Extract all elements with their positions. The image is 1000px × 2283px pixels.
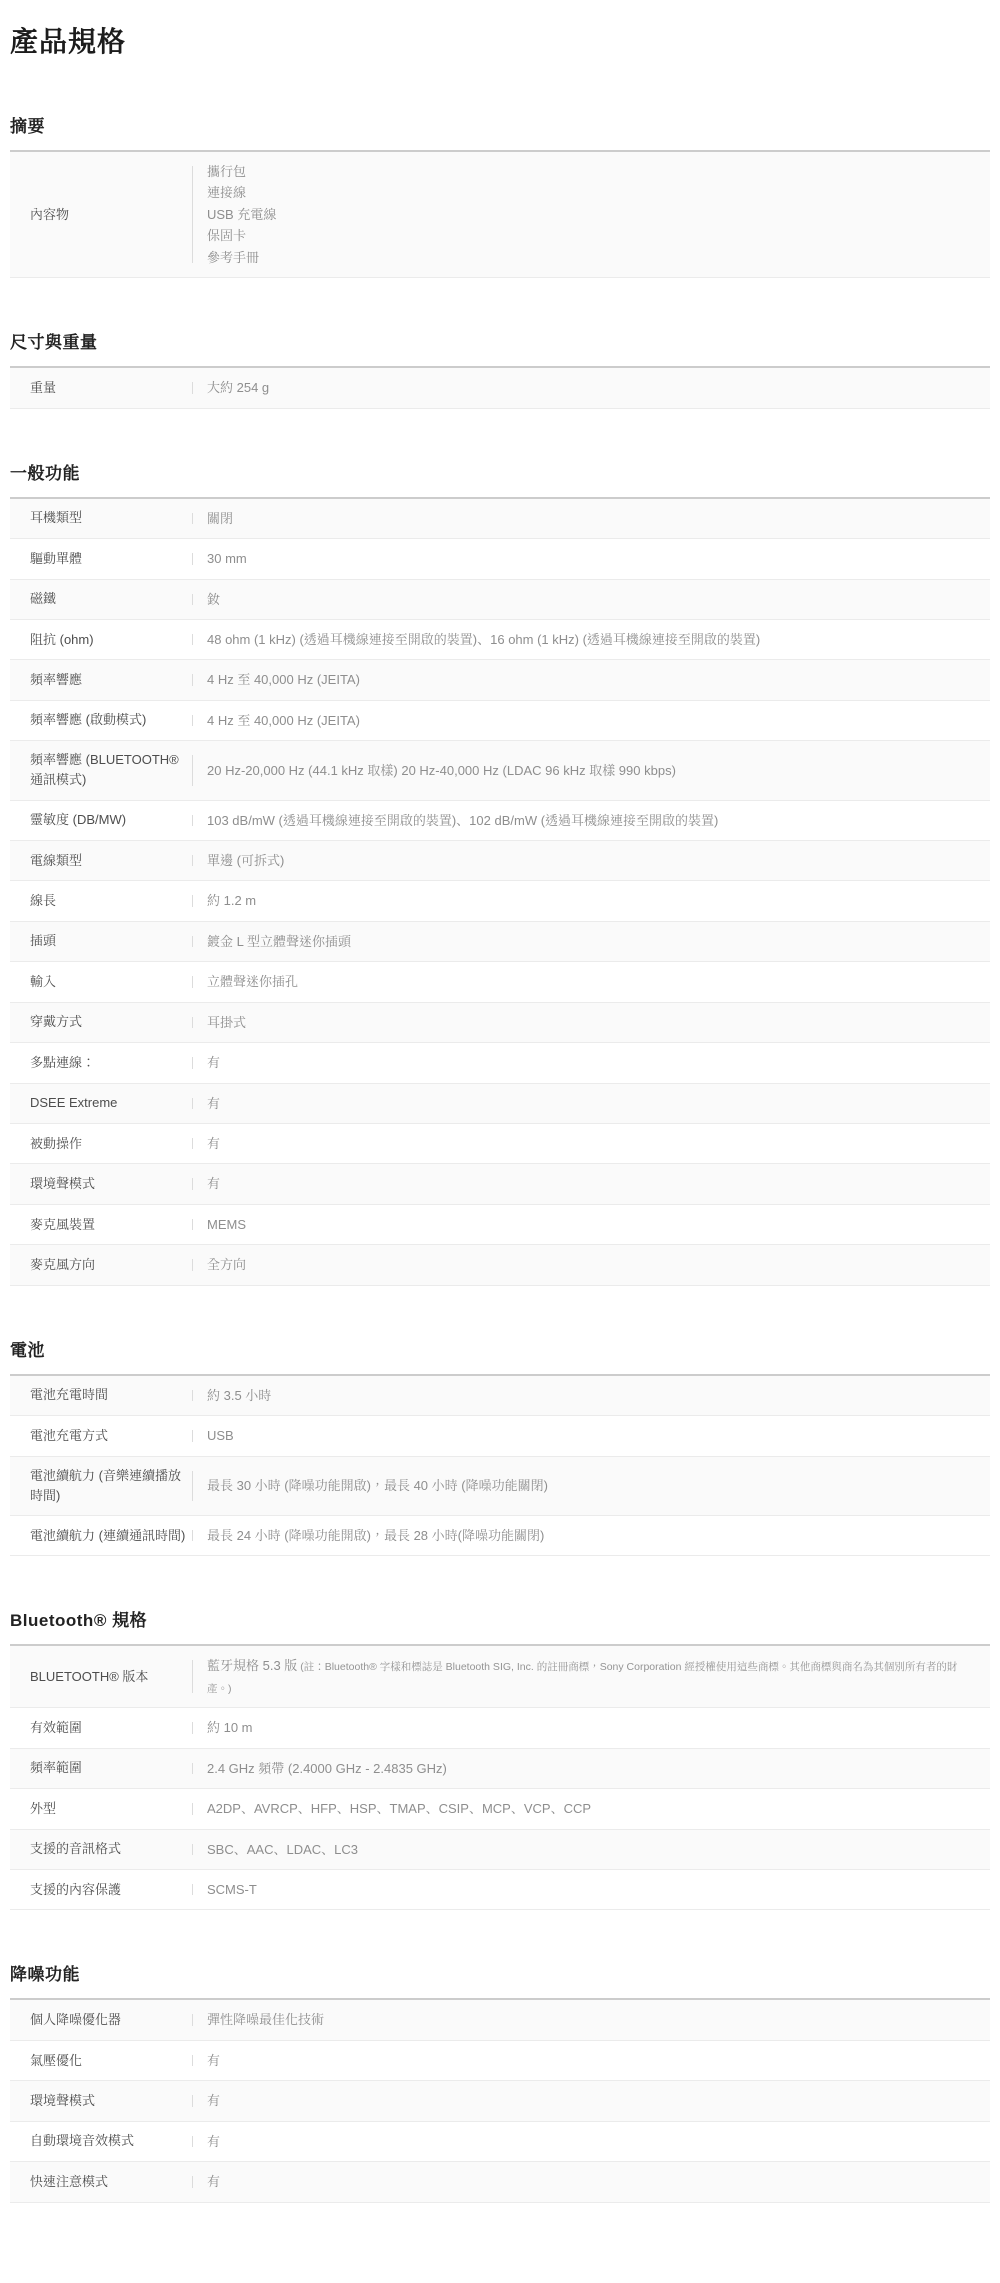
spec-value: 有: [193, 2171, 990, 2192]
spec-row: 電池續航力 (連續通訊時間)最長 24 小時 (降噪功能開啟)，最長 28 小時…: [10, 1516, 990, 1556]
spec-label: 麥克風裝置: [10, 1215, 192, 1235]
spec-row: 驅動單體30 mm: [10, 539, 990, 579]
spec-row: 穿戴方式耳掛式: [10, 1003, 990, 1043]
spec-row: 線長約 1.2 m: [10, 881, 990, 921]
spec-label: 個人降噪優化器: [10, 2010, 192, 2030]
spec-value: 大約 254 g: [193, 377, 990, 398]
spec-value: 全方向: [193, 1254, 990, 1275]
spec-label: 有效範圍: [10, 1718, 192, 1738]
spec-value: 30 mm: [193, 548, 990, 569]
spec-value: 有: [193, 2050, 990, 2071]
spec-row: 個人降噪優化器彈性降噪最佳化技術: [10, 2000, 990, 2040]
spec-value: 耳掛式: [193, 1012, 990, 1033]
spec-table: BLUETOOTH® 版本藍牙規格 5.3 版 (註：Bluetooth® 字樣…: [10, 1644, 990, 1910]
spec-table: 電池充電時間約 3.5 小時電池充電方式USB電池續航力 (音樂連續播放時間)最…: [10, 1374, 990, 1557]
spec-value-line: 參考手冊: [207, 247, 970, 268]
spec-value: 48 ohm (1 kHz) (透過耳機線連接至開啟的裝置)、16 ohm (1…: [193, 629, 990, 650]
spec-label: 外型: [10, 1799, 192, 1819]
spec-value: 釹: [193, 589, 990, 610]
spec-label: 頻率響應 (BLUETOOTH® 通訊模式): [10, 750, 192, 790]
spec-label: 電池充電時間: [10, 1385, 192, 1405]
spec-section: 降噪功能個人降噪優化器彈性降噪最佳化技術氣壓優化有環境聲模式有自動環境音效模式有…: [10, 1960, 990, 2202]
spec-value: 鍍金 L 型立體聲迷你插頭: [193, 931, 990, 952]
spec-row: 快速注意模式有: [10, 2162, 990, 2202]
spec-value: 彈性降噪最佳化技術: [193, 2009, 990, 2030]
spec-value: 約 10 m: [193, 1717, 990, 1738]
spec-row: 靈敏度 (DB/MW)103 dB/mW (透過耳機線連接至開啟的裝置)、102…: [10, 801, 990, 841]
spec-section: Bluetooth® 規格BLUETOOTH® 版本藍牙規格 5.3 版 (註：…: [10, 1606, 990, 1910]
spec-row: 頻率範圍2.4 GHz 頻帶 (2.4000 GHz - 2.4835 GHz): [10, 1749, 990, 1789]
spec-section: 尺寸與重量重量大約 254 g: [10, 328, 990, 408]
spec-label: 電池續航力 (連續通訊時間): [10, 1526, 192, 1546]
spec-label: 插頭: [10, 931, 192, 951]
spec-value: 最長 30 小時 (降噪功能開啟)，最長 40 小時 (降噪功能關閉): [193, 1475, 990, 1496]
spec-label: 磁鐵: [10, 589, 192, 609]
spec-value: A2DP、AVRCP、HFP、HSP、TMAP、CSIP、MCP、VCP、CCP: [193, 1798, 990, 1819]
spec-value: USB: [193, 1425, 990, 1446]
spec-label: 電線類型: [10, 851, 192, 871]
section-title: 一般功能: [10, 459, 990, 484]
spec-value-line: 攜行包: [207, 161, 970, 182]
spec-label: 環境聲模式: [10, 1174, 192, 1194]
spec-label: 頻率響應 (啟動模式): [10, 710, 192, 730]
spec-row: 輸入立體聲迷你插孔: [10, 962, 990, 1002]
spec-label: 快速注意模式: [10, 2172, 192, 2192]
spec-table: 耳機類型關閉驅動單體30 mm磁鐵釹阻抗 (ohm)48 ohm (1 kHz)…: [10, 497, 990, 1286]
spec-row: DSEE Extreme有: [10, 1084, 990, 1124]
spec-row: 電線類型單邊 (可拆式): [10, 841, 990, 881]
section-title: 尺寸與重量: [10, 328, 990, 353]
spec-label: 氣壓優化: [10, 2051, 192, 2071]
spec-row: 插頭鍍金 L 型立體聲迷你插頭: [10, 922, 990, 962]
spec-row: 自動環境音效模式有: [10, 2122, 990, 2162]
spec-value: 有: [193, 1093, 990, 1114]
spec-row: 電池充電方式USB: [10, 1416, 990, 1456]
spec-value: 攜行包連接線USB 充電線保固卡參考手冊: [193, 161, 990, 268]
spec-label: 自動環境音效模式: [10, 2131, 192, 2151]
spec-row: 內容物攜行包連接線USB 充電線保固卡參考手冊: [10, 152, 990, 278]
spec-value-line: 保固卡: [207, 225, 970, 246]
spec-value: 單邊 (可拆式): [193, 850, 990, 871]
spec-label: 線長: [10, 891, 192, 911]
spec-table: 內容物攜行包連接線USB 充電線保固卡參考手冊: [10, 150, 990, 278]
spec-row: 被動操作有: [10, 1124, 990, 1164]
spec-row: 氣壓優化有: [10, 2041, 990, 2081]
spec-label: 頻率範圍: [10, 1758, 192, 1778]
spec-row: 電池充電時間約 3.5 小時: [10, 1376, 990, 1416]
spec-value: 4 Hz 至 40,000 Hz (JEITA): [193, 710, 990, 731]
spec-label: 阻抗 (ohm): [10, 630, 192, 650]
spec-value: SBC、AAC、LDAC、LC3: [193, 1839, 990, 1860]
spec-value: 4 Hz 至 40,000 Hz (JEITA): [193, 669, 990, 690]
spec-section: 摘要內容物攜行包連接線USB 充電線保固卡參考手冊: [10, 112, 990, 278]
section-title: 電池: [10, 1336, 990, 1361]
section-title: 降噪功能: [10, 1960, 990, 1985]
spec-value: 約 1.2 m: [193, 890, 990, 911]
spec-table: 個人降噪優化器彈性降噪最佳化技術氣壓優化有環境聲模式有自動環境音效模式有快速注意…: [10, 1998, 990, 2202]
product-spec-page: 產品規格 摘要內容物攜行包連接線USB 充電線保固卡參考手冊尺寸與重量重量大約 …: [0, 0, 1000, 2283]
spec-label: 支援的內容保護: [10, 1880, 192, 1900]
spec-row: 外型A2DP、AVRCP、HFP、HSP、TMAP、CSIP、MCP、VCP、C…: [10, 1789, 990, 1829]
spec-value: 20 Hz-20,000 Hz (44.1 kHz 取樣) 20 Hz-40,0…: [193, 760, 990, 781]
spec-row: BLUETOOTH® 版本藍牙規格 5.3 版 (註：Bluetooth® 字樣…: [10, 1646, 990, 1708]
spec-value: 立體聲迷你插孔: [193, 971, 990, 992]
spec-value: 藍牙規格 5.3 版 (註：Bluetooth® 字樣和標誌是 Bluetoot…: [193, 1655, 990, 1698]
spec-value-line: 連接線: [207, 182, 970, 203]
spec-label: 被動操作: [10, 1134, 192, 1154]
spec-row: 多點連線：有: [10, 1043, 990, 1083]
spec-row: 頻率響應 (啟動模式)4 Hz 至 40,000 Hz (JEITA): [10, 701, 990, 741]
spec-value: 約 3.5 小時: [193, 1385, 990, 1406]
spec-row: 耳機類型關閉: [10, 499, 990, 539]
spec-label: 重量: [10, 378, 192, 398]
spec-row: 頻率響應4 Hz 至 40,000 Hz (JEITA): [10, 660, 990, 700]
spec-row: 環境聲模式有: [10, 2081, 990, 2121]
spec-section: 一般功能耳機類型關閉驅動單體30 mm磁鐵釹阻抗 (ohm)48 ohm (1 …: [10, 459, 990, 1286]
section-title: Bluetooth® 規格: [10, 1606, 990, 1631]
spec-row: 有效範圍約 10 m: [10, 1708, 990, 1748]
spec-value: 有: [193, 1052, 990, 1073]
spec-value: SCMS-T: [193, 1879, 990, 1900]
spec-value: 有: [193, 2090, 990, 2111]
spec-note: (註：Bluetooth® 字樣和標誌是 Bluetooth SIG, Inc.…: [207, 1661, 957, 1694]
spec-label: 穿戴方式: [10, 1012, 192, 1032]
spec-label: 環境聲模式: [10, 2091, 192, 2111]
spec-label: 耳機類型: [10, 508, 192, 528]
spec-value: 有: [193, 2131, 990, 2152]
spec-label: 輸入: [10, 972, 192, 992]
spec-value: 有: [193, 1173, 990, 1194]
spec-label: 驅動單體: [10, 549, 192, 569]
spec-row: 支援的音訊格式SBC、AAC、LDAC、LC3: [10, 1830, 990, 1870]
spec-value: 最長 24 小時 (降噪功能開啟)，最長 28 小時(降噪功能關閉): [193, 1525, 990, 1546]
spec-label: DSEE Extreme: [10, 1093, 192, 1113]
spec-value-line: USB 充電線: [207, 204, 970, 225]
spec-row: 磁鐵釹: [10, 580, 990, 620]
spec-table: 重量大約 254 g: [10, 366, 990, 408]
spec-row: 麥克風方向全方向: [10, 1245, 990, 1285]
spec-row: 頻率響應 (BLUETOOTH® 通訊模式)20 Hz-20,000 Hz (4…: [10, 741, 990, 800]
section-title: 摘要: [10, 112, 990, 137]
spec-value: MEMS: [193, 1214, 990, 1235]
spec-label: 麥克風方向: [10, 1255, 192, 1275]
spec-label: 電池充電方式: [10, 1426, 192, 1446]
spec-row: 環境聲模式有: [10, 1164, 990, 1204]
spec-label: 靈敏度 (DB/MW): [10, 810, 192, 830]
spec-row: 重量大約 254 g: [10, 368, 990, 408]
spec-label: 支援的音訊格式: [10, 1839, 192, 1859]
spec-label: 電池續航力 (音樂連續播放時間): [10, 1466, 192, 1506]
spec-label: BLUETOOTH® 版本: [10, 1667, 192, 1687]
page-title: 產品規格: [10, 20, 990, 60]
spec-row: 阻抗 (ohm)48 ohm (1 kHz) (透過耳機線連接至開啟的裝置)、1…: [10, 620, 990, 660]
spec-row: 電池續航力 (音樂連續播放時間)最長 30 小時 (降噪功能開啟)，最長 40 …: [10, 1457, 990, 1516]
spec-value: 有: [193, 1133, 990, 1154]
spec-label: 頻率響應: [10, 670, 192, 690]
spec-label: 內容物: [10, 205, 192, 225]
sections: 摘要內容物攜行包連接線USB 充電線保固卡參考手冊尺寸與重量重量大約 254 g…: [10, 112, 990, 2203]
spec-row: 麥克風裝置MEMS: [10, 1205, 990, 1245]
spec-label: 多點連線：: [10, 1053, 192, 1073]
spec-value: 103 dB/mW (透過耳機線連接至開啟的裝置)、102 dB/mW (透過耳…: [193, 810, 990, 831]
spec-value: 2.4 GHz 頻帶 (2.4000 GHz - 2.4835 GHz): [193, 1758, 990, 1779]
spec-row: 支援的內容保護SCMS-T: [10, 1870, 990, 1910]
spec-value: 關閉: [193, 508, 990, 529]
spec-section: 電池電池充電時間約 3.5 小時電池充電方式USB電池續航力 (音樂連續播放時間…: [10, 1336, 990, 1557]
